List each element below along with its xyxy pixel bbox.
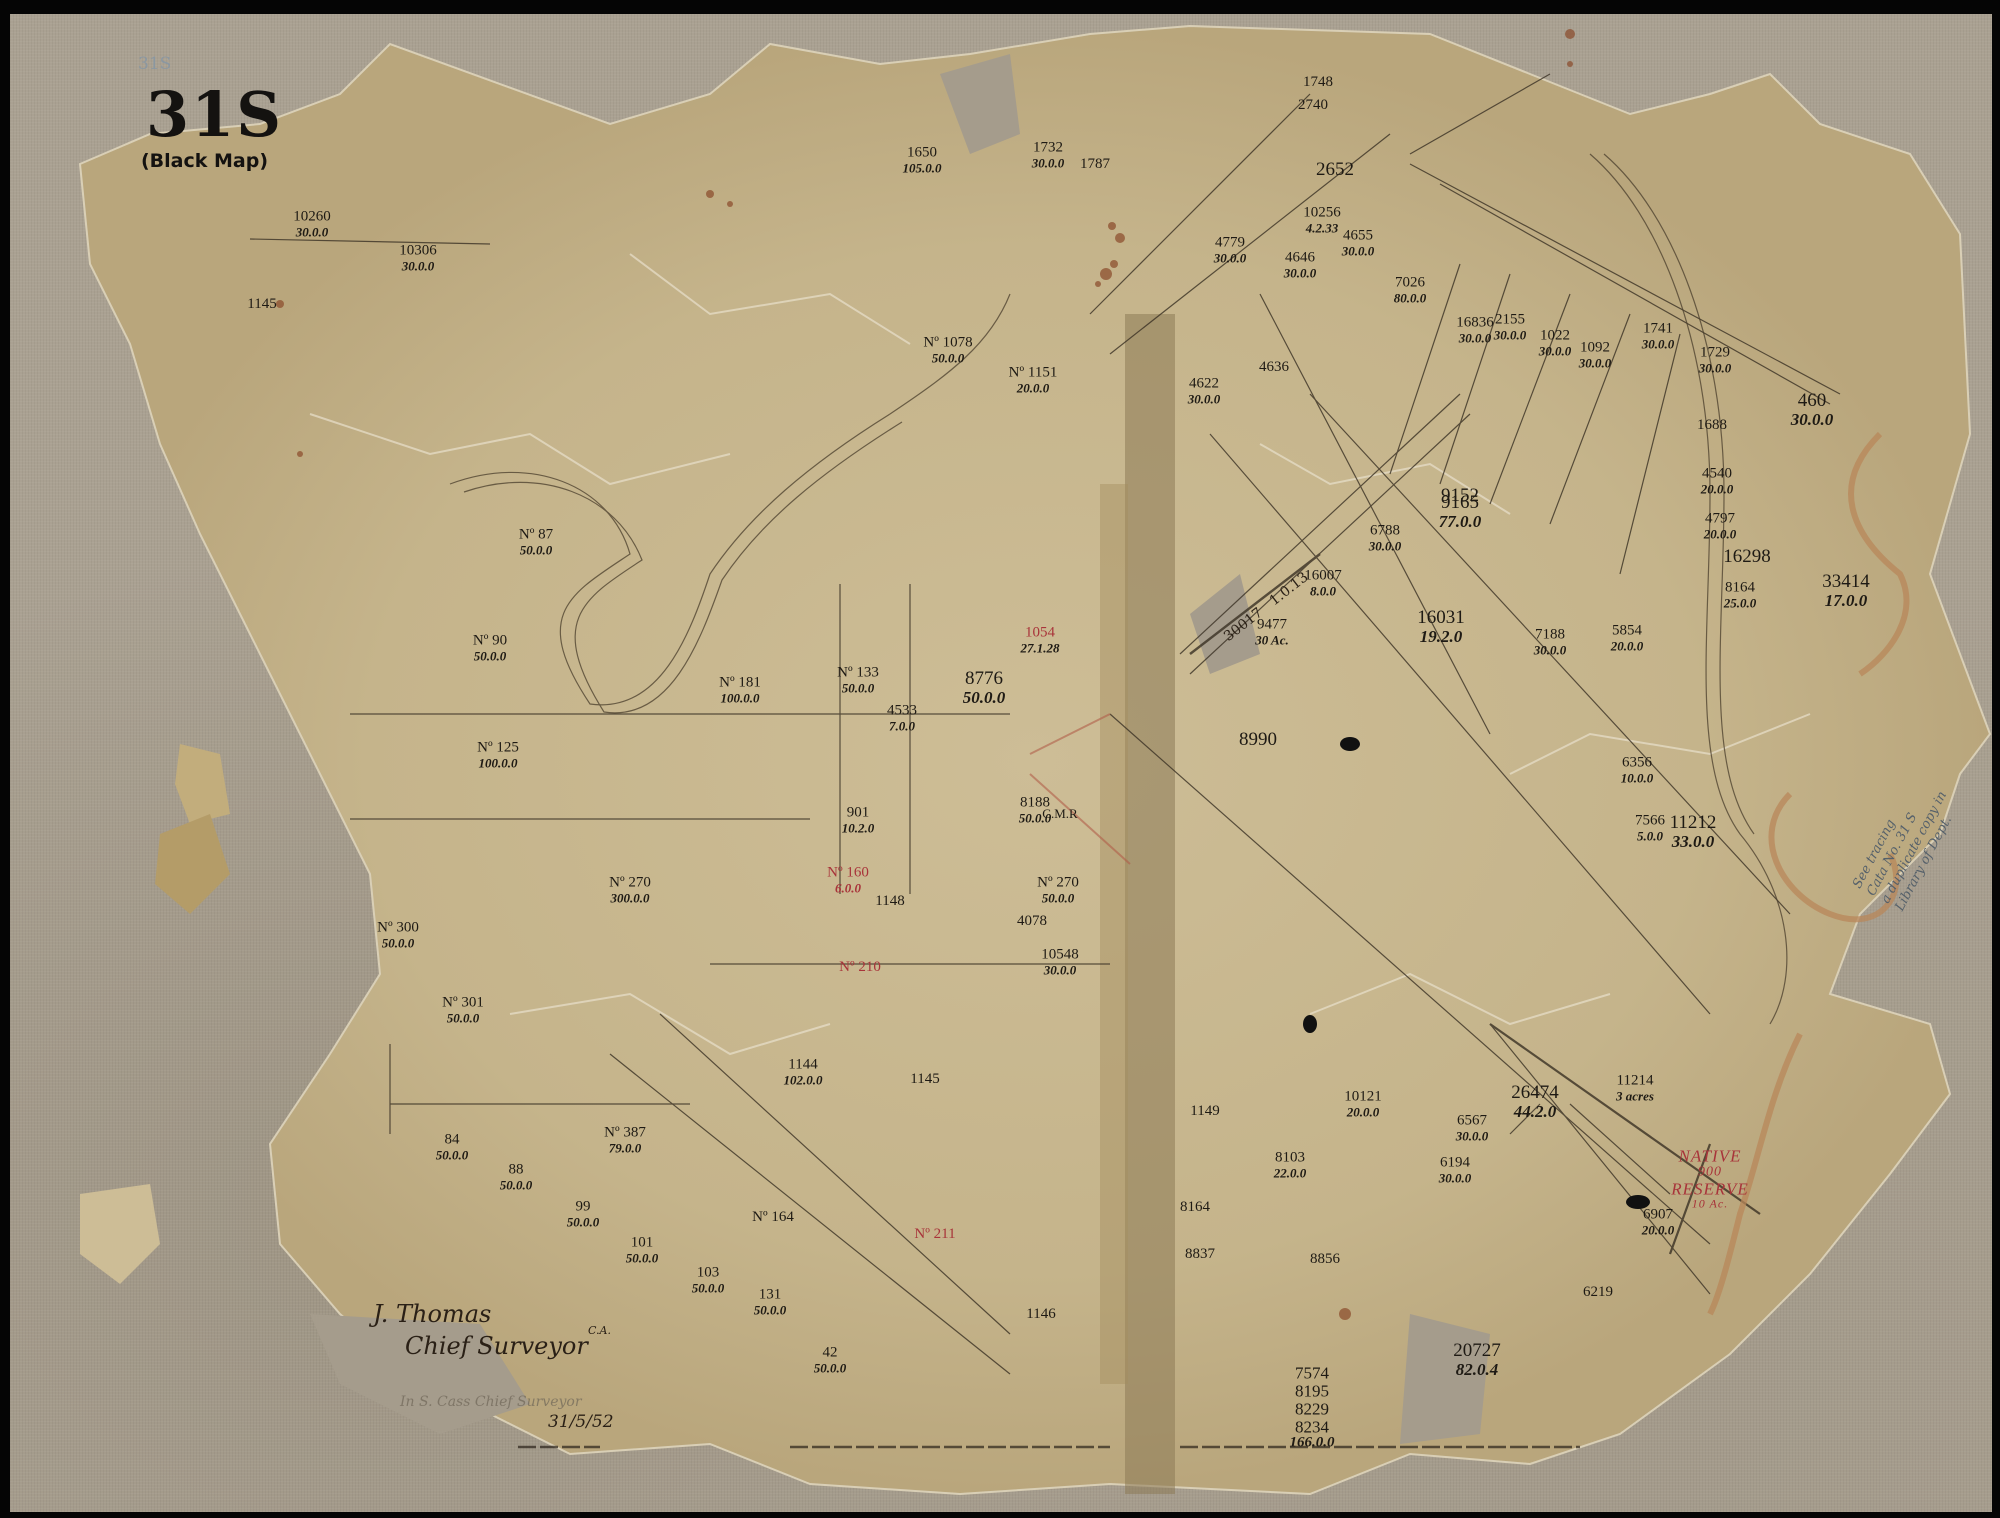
lot-label: 13150.0.0 <box>754 1287 787 1316</box>
lot-number: 7566 <box>1635 813 1665 829</box>
lot-area: 79.0.0 <box>604 1141 646 1155</box>
lot-area: 20.0.0 <box>1611 639 1644 653</box>
lot-number: 6356 <box>1621 755 1654 771</box>
lot-label: 8164 <box>1180 1200 1210 1216</box>
lot-label: 465530.0.0 <box>1342 228 1375 257</box>
stacked-lot-number: 8229 <box>1290 1400 1335 1418</box>
lot-label: 1145 <box>910 1072 939 1088</box>
lot-number: 16298 <box>1723 547 1771 567</box>
lot-label: 690720.0.0 <box>1642 1207 1675 1236</box>
lot-area: 19.2.0 <box>1417 628 1465 646</box>
lot-number: 5854 <box>1611 623 1644 639</box>
lot-area: 30.0.0 <box>1534 643 1567 657</box>
lot-label: 109230.0.0 <box>1579 340 1612 369</box>
lot-label: Nº 125100.0.0 <box>477 740 519 769</box>
lot-area: 25.0.0 <box>1724 596 1757 610</box>
lot-number: 1688 <box>1697 418 1727 434</box>
lot-area: 6.0.0 <box>827 881 869 895</box>
lot-label: 1748 <box>1303 75 1333 91</box>
lot-area: 30.0.0 <box>1642 337 1675 351</box>
lot-number: 6907 <box>1642 1207 1675 1223</box>
lot-area: 30.0.0 <box>1579 356 1612 370</box>
lot-label: 102564.2.33 <box>1303 205 1341 234</box>
lot-label: 916577.0.0 <box>1439 493 1482 531</box>
lot-label: 462230.0.0 <box>1188 376 1221 405</box>
lot-label: 75665.0.0 <box>1635 813 1665 842</box>
lot-label: 4636 <box>1259 360 1289 376</box>
lot-label: Nº 115120.0.0 <box>1009 365 1058 394</box>
lot-label: 8856 <box>1310 1252 1340 1268</box>
lot-label: 479720.0.0 <box>1704 511 1737 540</box>
lot-label: 635610.0.0 <box>1621 755 1654 784</box>
lot-number: 103 <box>692 1265 725 1281</box>
lot-label: 619430.0.0 <box>1439 1155 1472 1184</box>
lot-number: 4533 <box>887 703 917 719</box>
lot-number: 8164 <box>1180 1200 1210 1216</box>
native-reserve-line1: NATIVE <box>1671 1148 1749 1166</box>
lot-label: 2072782.0.4 <box>1453 1341 1501 1379</box>
lot-label: 2647444.2.0 <box>1511 1083 1559 1121</box>
lot-number: 10548 <box>1041 947 1079 963</box>
lot-area: 30.0.0 <box>1369 539 1402 553</box>
lot-label: Nº 8750.0.0 <box>519 527 553 556</box>
lot-number: 2740 <box>1298 98 1328 114</box>
lot-label: Nº 107850.0.0 <box>923 335 972 364</box>
signature-date: 31/5/52 <box>548 1412 614 1432</box>
lot-label: 1012120.0.0 <box>1344 1089 1382 1118</box>
lot-number: 901 <box>842 805 875 821</box>
lot-number: Nº 160 <box>827 865 869 881</box>
lot-label: 8837 <box>1185 1247 1215 1263</box>
lot-label: 1030630.0.0 <box>399 243 437 272</box>
lot-label: 8850.0.0 <box>500 1162 533 1191</box>
lot-area: 33.0.0 <box>1670 833 1717 851</box>
lot-number: Nº 125 <box>477 740 519 756</box>
lot-area: 20.0.0 <box>1701 482 1734 496</box>
native-reserve-label: NATIVE 900 RESERVE 10 Ac. <box>1671 1148 1749 1211</box>
stacked-lot-number: 8195 <box>1290 1382 1335 1400</box>
lot-label: 1146 <box>1026 1307 1055 1323</box>
lot-label: Nº 13350.0.0 <box>837 665 879 694</box>
lot-label: 4250.0.0 <box>814 1345 847 1374</box>
lot-label: 3341417.0.0 <box>1822 572 1870 610</box>
native-reserve-number: 900 <box>1671 1165 1749 1180</box>
lot-area: 50.0.0 <box>473 649 507 663</box>
lot-number: 1022 <box>1539 328 1572 344</box>
lot-number: 1146 <box>1026 1307 1055 1323</box>
lot-label: Nº 270300.0.0 <box>609 875 651 904</box>
lot-number: 11212 <box>1670 813 1717 833</box>
lot-label: 4078 <box>1017 914 1047 930</box>
lot-number: Nº 270 <box>1037 875 1079 891</box>
lot-label: 10150.0.0 <box>626 1235 659 1264</box>
lot-area: 30.0.0 <box>1456 331 1494 345</box>
lot-area: 27.1.28 <box>1021 641 1060 655</box>
lot-label: 1054830.0.0 <box>1041 947 1079 976</box>
lot-area: 20.0.0 <box>1704 527 1737 541</box>
lot-label: 1688 <box>1697 418 1727 434</box>
lot-area: 3 acres <box>1616 1089 1654 1103</box>
lot-label: 9950.0.0 <box>567 1199 600 1228</box>
lot-area: 100.0.0 <box>477 756 519 770</box>
lot-label: 10350.0.0 <box>692 1265 725 1294</box>
lot-area: 50.0.0 <box>436 1148 469 1162</box>
lot-label: 656730.0.0 <box>1456 1113 1489 1142</box>
lot-number: 4636 <box>1259 360 1289 376</box>
sheet-subtitle: (Black Map) <box>141 150 268 172</box>
corner-pencil-mark: 31S <box>138 54 171 74</box>
lot-area: 50.0.0 <box>814 1361 847 1375</box>
lot-number: 16836 <box>1456 315 1494 331</box>
lot-label: 6219 <box>1583 1285 1613 1301</box>
lot-label: 1121233.0.0 <box>1670 813 1717 851</box>
lot-label: 718830.0.0 <box>1534 627 1567 656</box>
native-reserve-line2: RESERVE <box>1671 1180 1749 1198</box>
lot-number: 7026 <box>1394 275 1427 291</box>
lot-number: Nº 164 <box>752 1210 794 1226</box>
lot-label: 8990 <box>1239 730 1277 750</box>
lot-number: 8164 <box>1724 580 1757 596</box>
lot-label: 1603119.2.0 <box>1417 608 1465 646</box>
lot-label: 1144102.0.0 <box>784 1057 823 1086</box>
lot-area: 10.2.0 <box>842 821 875 835</box>
lot-number: 4797 <box>1704 511 1737 527</box>
lot-label: Nº 210 <box>839 960 881 976</box>
lot-label: Nº 38779.0.0 <box>604 1125 646 1154</box>
signature-title: Chief Surveyor <box>405 1332 588 1360</box>
lot-area: 50.0.0 <box>963 689 1006 707</box>
lot-area: 4.2.33 <box>1303 221 1341 235</box>
stacked-lot-number: 8234 <box>1290 1418 1335 1436</box>
stacked-lot-group: 7574 8195 8229 8234 166.0.0 <box>1290 1364 1335 1451</box>
lot-area: 10.0.0 <box>1621 771 1654 785</box>
lot-label: 464630.0.0 <box>1284 250 1317 279</box>
lot-area: 30.0.0 <box>1342 244 1375 258</box>
lot-number: 1054 <box>1021 625 1060 641</box>
lot-number: Nº 181 <box>719 675 761 691</box>
lot-number: 1748 <box>1303 75 1333 91</box>
lot-area: 77.0.0 <box>1439 513 1482 531</box>
lot-number: 9165 <box>1439 493 1482 513</box>
lot-area: 50.0.0 <box>567 1215 600 1229</box>
lot-area: 30.0.0 <box>1539 344 1572 358</box>
lot-number: 2652 <box>1316 160 1354 180</box>
lot-area: 30 Ac. <box>1255 633 1288 647</box>
lot-label: Nº 211 <box>914 1227 955 1243</box>
lot-area: 30.0.0 <box>1214 251 1247 265</box>
lot-label: 1026030.0.0 <box>293 209 331 238</box>
lot-area: 20.0.0 <box>1642 1223 1675 1237</box>
lot-label: Nº 181100.0.0 <box>719 675 761 704</box>
lot-area: 30.0.0 <box>1494 328 1527 342</box>
lot-label: Nº 164 <box>752 1210 794 1226</box>
lot-number: 1732 <box>1032 140 1065 156</box>
lot-label: 174130.0.0 <box>1642 321 1675 350</box>
lot-number: 4540 <box>1701 466 1734 482</box>
lot-number: 20727 <box>1453 1341 1501 1361</box>
lot-number: Nº 90 <box>473 633 507 649</box>
lot-label: 102230.0.0 <box>1539 328 1572 357</box>
signature-name: J. Thomas <box>373 1300 491 1328</box>
lot-area: 8.0.0 <box>1304 584 1342 598</box>
lot-area: 102.0.0 <box>784 1073 823 1087</box>
lot-number: 33414 <box>1822 572 1870 592</box>
lot-area: 30.0.0 <box>1041 963 1079 977</box>
lot-area: 82.0.4 <box>1453 1361 1501 1379</box>
lot-number: 10256 <box>1303 205 1341 221</box>
lot-number: 7188 <box>1534 627 1567 643</box>
lot-label: Nº 30150.0.0 <box>442 995 484 1024</box>
lot-label: 877650.0.0 <box>963 669 1006 707</box>
lot-area: 44.2.0 <box>1511 1103 1559 1121</box>
lot-label: 678830.0.0 <box>1369 523 1402 552</box>
lot-label: 477930.0.0 <box>1214 235 1247 264</box>
lot-area: 50.0.0 <box>923 351 972 365</box>
lot-area: 30.0.0 <box>1284 266 1317 280</box>
lot-number: 1145 <box>247 297 276 313</box>
lot-number: 6194 <box>1439 1155 1472 1171</box>
stacked-lot-area: 166.0.0 <box>1290 1436 1335 1452</box>
signature-faint-note: In S. Cass Chief Surveyor <box>400 1394 582 1410</box>
ca-mark: C.A. <box>588 1324 611 1337</box>
lot-area: 7.0.0 <box>887 719 917 733</box>
lot-label: 810322.0.0 <box>1274 1150 1307 1179</box>
stacked-lot-number: 7574 <box>1290 1364 1335 1382</box>
lot-label: 2740 <box>1298 98 1328 114</box>
lot-label: 1683630.0.0 <box>1456 315 1494 344</box>
lot-label: 816425.0.0 <box>1724 580 1757 609</box>
lot-number: 1092 <box>1579 340 1612 356</box>
lot-number: 2155 <box>1494 312 1527 328</box>
lot-area: 30.0.0 <box>399 259 437 273</box>
lot-number: 26474 <box>1511 1083 1559 1103</box>
lot-area: 20.0.0 <box>1344 1105 1382 1119</box>
map-sheet: 31S (Black Map) 31S Nº 8750.0.0Nº 9050.0… <box>10 14 1992 1512</box>
lot-label: 105427.1.28 <box>1021 625 1060 654</box>
lot-number: 10306 <box>399 243 437 259</box>
lot-number: Nº 301 <box>442 995 484 1011</box>
lot-number: 460 <box>1791 391 1834 411</box>
lot-label: 112143 acres <box>1616 1073 1654 1102</box>
lot-number: 1149 <box>1190 1104 1219 1120</box>
lot-number: 10260 <box>293 209 331 225</box>
lot-area: 30.0.0 <box>1791 411 1834 429</box>
lot-area: 50.0.0 <box>377 936 419 950</box>
lot-number: 4655 <box>1342 228 1375 244</box>
lot-area: 50.0.0 <box>754 1303 787 1317</box>
lot-area: 50.0.0 <box>519 543 553 557</box>
native-reserve-area: 10 Ac. <box>1671 1198 1749 1211</box>
lot-label: 1787 <box>1080 157 1110 173</box>
lot-number: Nº 87 <box>519 527 553 543</box>
lot-area: 30.0.0 <box>293 225 331 239</box>
lot-area: 50.0.0 <box>500 1178 533 1192</box>
lot-label: Nº 1606.0.0 <box>827 865 869 894</box>
lot-label: 8450.0.0 <box>436 1132 469 1161</box>
lot-number: 42 <box>814 1345 847 1361</box>
lot-area: 30.0.0 <box>1032 156 1065 170</box>
lot-area: 30.0.0 <box>1456 1129 1489 1143</box>
lot-label: Nº 30050.0.0 <box>377 920 419 949</box>
lot-area: 20.0.0 <box>1009 381 1058 395</box>
lot-label: 585420.0.0 <box>1611 623 1644 652</box>
lot-number: Nº 300 <box>377 920 419 936</box>
lot-label: 1149 <box>1190 1104 1219 1120</box>
center-fold <box>1125 314 1175 1494</box>
paper-surface <box>80 26 1990 1494</box>
lot-label: Nº 27050.0.0 <box>1037 875 1079 904</box>
lot-area: 50.0.0 <box>692 1281 725 1295</box>
lot-label: 1650105.0.0 <box>903 145 942 174</box>
lot-area: 50.0.0 <box>837 681 879 695</box>
lot-area: 22.0.0 <box>1274 1166 1307 1180</box>
lot-number: 1729 <box>1699 345 1732 361</box>
lot-number: Nº 1078 <box>923 335 972 351</box>
lot-label: 2652 <box>1316 160 1354 180</box>
lot-label: 215530.0.0 <box>1494 312 1527 341</box>
lot-number: 99 <box>567 1199 600 1215</box>
lot-area: 5.0.0 <box>1635 829 1665 843</box>
lot-area: 30.0.0 <box>1699 361 1732 375</box>
lot-number: Nº 1151 <box>1009 365 1058 381</box>
lot-number: 10121 <box>1344 1089 1382 1105</box>
lot-label: Nº 9050.0.0 <box>473 633 507 662</box>
lot-number: 1144 <box>784 1057 823 1073</box>
lot-number: 6219 <box>1583 1285 1613 1301</box>
lot-area: 300.0.0 <box>609 891 651 905</box>
lot-number: 131 <box>754 1287 787 1303</box>
lot-label: 46030.0.0 <box>1791 391 1834 429</box>
lot-number: 6567 <box>1456 1113 1489 1129</box>
lot-label: 454020.0.0 <box>1701 466 1734 495</box>
lot-number: 11214 <box>1616 1073 1654 1089</box>
lot-number: 4622 <box>1188 376 1221 392</box>
lot-label: 1145 <box>247 297 276 313</box>
lot-area: 80.0.0 <box>1394 291 1427 305</box>
lot-area: 100.0.0 <box>719 691 761 705</box>
lot-number: 4646 <box>1284 250 1317 266</box>
lot-label: 173230.0.0 <box>1032 140 1065 169</box>
lot-label: 90110.2.0 <box>842 805 875 834</box>
lot-number: Nº 387 <box>604 1125 646 1141</box>
lot-number: 6788 <box>1369 523 1402 539</box>
lot-label: 172930.0.0 <box>1699 345 1732 374</box>
lot-label: 16298 <box>1723 547 1771 567</box>
lot-number: 1145 <box>910 1072 939 1088</box>
lot-number: 88 <box>500 1162 533 1178</box>
lot-number: 1650 <box>903 145 942 161</box>
lot-number: 4078 <box>1017 914 1047 930</box>
lot-number: 8837 <box>1185 1247 1215 1263</box>
lot-number: 1148 <box>875 894 904 910</box>
lot-number: 16031 <box>1417 608 1465 628</box>
lot-area: 50.0.0 <box>626 1251 659 1265</box>
lot-number: 1787 <box>1080 157 1110 173</box>
lot-area: 50.0.0 <box>442 1011 484 1025</box>
lot-number: Nº 133 <box>837 665 879 681</box>
lot-number: 1741 <box>1642 321 1675 337</box>
lot-number: 84 <box>436 1132 469 1148</box>
lot-number: 8990 <box>1239 730 1277 750</box>
lot-number: 8776 <box>963 669 1006 689</box>
lot-area: 105.0.0 <box>903 161 942 175</box>
lot-number: 4779 <box>1214 235 1247 251</box>
lot-number: 8103 <box>1274 1150 1307 1166</box>
lot-number: Nº 211 <box>914 1227 955 1243</box>
lot-area: 30.0.0 <box>1188 392 1221 406</box>
lot-label: 1148 <box>875 894 904 910</box>
sheet-number: 31S <box>146 78 283 151</box>
lot-number: Nº 210 <box>839 960 881 976</box>
lot-area: 17.0.0 <box>1822 592 1870 610</box>
lot-number: 8856 <box>1310 1252 1340 1268</box>
lot-area: 50.0.0 <box>1037 891 1079 905</box>
lot-area: 30.0.0 <box>1439 1171 1472 1185</box>
lot-label: 45337.0.0 <box>887 703 917 732</box>
lot-label: 702680.0.0 <box>1394 275 1427 304</box>
lot-number: 101 <box>626 1235 659 1251</box>
lot-number: Nº 270 <box>609 875 651 891</box>
cmr-label: C.M.R <box>1042 807 1077 821</box>
